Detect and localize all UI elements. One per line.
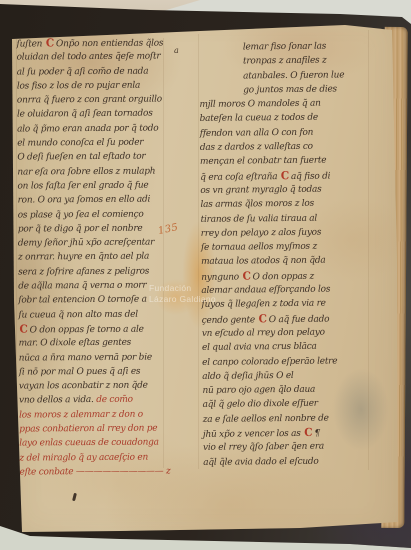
text-line: ron. O ora ya ſomos en ello adi	[18, 193, 168, 208]
text-line: oluidan del todo antes q̃eſe moſtr	[17, 50, 167, 65]
ink-text: ron. O ora ya ſomos en ello adi	[18, 195, 151, 206]
ink-text: demy ſeñor jhū xp̃o acreſçentar	[18, 238, 154, 249]
ink-text: O don oppas ſe torno a ale	[30, 325, 144, 336]
ink-text: das z dardos z valleſtas co	[200, 142, 313, 153]
ink-text: ſuyos q̃ llegaſen z toda via re	[201, 299, 325, 310]
ink-text: mar. O dixole eſtas gentes	[19, 338, 132, 349]
ink-text: Onp̃o non entiendas q̃los	[56, 39, 163, 50]
ink-text: ffendon van alla O con fon	[200, 127, 314, 138]
text-line: z onrrar. huyre en q̃nto ael pla	[18, 250, 168, 265]
text-column-left: ſuſten COnp̃o non entiendas q̃losoluidan…	[16, 35, 169, 479]
pilcrow-mark: C	[45, 36, 56, 51]
ink-text: el canpo colorado eſperāo letre	[202, 356, 337, 367]
text-line: le oluidaron q̃ aſi ſean tornados	[17, 107, 167, 122]
rubric-text: eſte conbate	[19, 467, 75, 477]
pilcrow-mark: C	[280, 168, 291, 183]
text-line: sera z ſofrire afanes z peligros	[18, 264, 168, 279]
text-line: onrra q̃ fuero z con grant orguillo	[17, 93, 167, 108]
ink-text: mjll moros O mandoles q̃ an	[199, 99, 320, 110]
ink-text: atanbales. O fueron lue	[243, 70, 344, 81]
text-line: layo enlas cueuas de couadonga	[19, 436, 169, 451]
text-line: al ſu poder q̃ aſi com̃o de nada	[17, 64, 167, 79]
ink-text: de aq̃lla mana q̃ verna o morr	[18, 281, 146, 292]
ink-text: vn eſcudo al rrey don pelayo	[202, 328, 325, 339]
ink-text: jhū xp̃o z vencer los as	[203, 429, 303, 440]
ink-text: os vn grant myraglo q̃ todas	[200, 185, 321, 196]
rubric-text: —————————— z	[76, 466, 171, 477]
ink-text: bateſen la cueua z todos de	[200, 113, 318, 124]
ink-text: tronpas z anafiles z	[243, 56, 327, 67]
ink-text: ſi nō por mal O pues q̃ aſi es	[19, 367, 141, 378]
rubric-text: de com̃o	[96, 395, 133, 405]
ink-text: ſu cueua q̃ non alto mas del	[18, 309, 137, 320]
text-line: ppas conbatieron al rrey don pe	[19, 421, 169, 436]
pilcrow-mark: C	[258, 311, 269, 326]
ink-text: onrra q̃ fuero z con grant orguillo	[17, 95, 162, 106]
ink-text: nynguno	[201, 272, 241, 282]
ink-text: ſe tornaua aellos myſmos z	[201, 242, 317, 253]
text-line: demy ſeñor jhū xp̃o acreſçentar	[18, 236, 168, 251]
ink-text: mataua los atodos q̃ non q̃da	[201, 256, 325, 267]
text-line: mar. O dixole eſtas gentes	[19, 336, 169, 351]
ink-text: aldo q̃ deſia jhūs O el	[202, 371, 293, 382]
ink-text: ſuſten	[16, 39, 44, 49]
ink-text: nūca a n̄ra mano vernā por bie	[19, 352, 152, 363]
text-line: ſu cueua q̃ non alto mas del	[18, 307, 168, 322]
ink-text: el qual avia vna crus blāca	[202, 342, 317, 353]
ink-text: las armas q̃los moros z los	[200, 199, 314, 210]
ink-text: q̃ era coſa eſtraña	[200, 172, 280, 183]
text-line: nar eſa ora ſobre ellos z mulaph	[17, 164, 167, 179]
ink-text: vno dellos a vida.	[19, 395, 96, 406]
pilcrow-mark: C	[18, 322, 29, 337]
ink-text: sera z ſofrire afanes z peligros	[18, 266, 149, 277]
ink-text: vayan los aconbatir z non q̃de	[19, 381, 148, 392]
manuscript-page: c 1z a 135 ſuſten COnp̃o non entiendas q…	[0, 0, 411, 550]
manuscript-photograph: c 1z a 135 ſuſten COnp̃o non entiendas q…	[0, 0, 411, 550]
text-line: z del miraglo q̃ ay acaeſçio en	[19, 450, 169, 465]
pilcrow-mark: C	[303, 425, 314, 440]
text-line: los fiso z los de ro pujar enla	[17, 78, 167, 93]
ink-text: alemar andaua eſforçando los	[201, 285, 330, 296]
text-line: CO don oppas ſe torno a ale	[18, 321, 168, 336]
text-line: el mundo conoſca el ſu poder	[17, 136, 167, 151]
ink-text: aq̃l q̃ gelo dio dixole eſfuer	[203, 399, 318, 410]
text-line: os plase q̃ yo ſea el comienço	[18, 207, 168, 222]
ink-text: rrey don pelayo z alos ſuyos	[201, 227, 322, 238]
ink-text: nar eſa ora ſobre ellos z mulaph	[17, 166, 155, 177]
text-line: vno dellos a vida. de com̃o	[19, 393, 169, 408]
ink-text: oluidan del todo antes q̃eſe moſtr	[17, 52, 161, 63]
ink-text: le oluidaron q̃ aſi ſean tornados	[17, 109, 153, 120]
ink-text: aq̃ fiso di	[291, 171, 330, 181]
ink-text: nū paro ojo agen q̃lo daua	[202, 385, 315, 396]
ink-text: vio el rrey q̃ſo ſaber q̃en era	[203, 442, 324, 453]
ink-text: tiranos de ſu valia tiraua al	[201, 213, 318, 224]
text-line: aq̃l q̃le avia dado el eſcudo	[203, 454, 373, 470]
text-line: ſobr tal entencion O tornoſe a	[18, 293, 168, 308]
rubric-text: layo enlas cueuas de couadonga	[19, 438, 159, 449]
ink-text: za e ſale aellos enl nonbre de	[203, 413, 329, 424]
pilcrow-mark: C	[241, 269, 252, 284]
ink-text: O don oppas z	[253, 271, 314, 282]
text-line: O deſi fueſen en tal eſtado tor	[17, 150, 167, 165]
rubric-text: los moros z alemmar z don o	[19, 409, 143, 420]
ink-text: on los faſta ſer enl grado q̃ fue	[17, 181, 148, 192]
text-line: de aq̃lla mana q̃ verna o morr	[18, 279, 168, 294]
ink-text: O deſi fueſen en tal eſtado tor	[17, 152, 145, 163]
text-line: los moros z alemmar z don o	[19, 407, 169, 422]
text-column-right: lemar fiso ſonar lastronpas z anafiles z…	[199, 39, 373, 470]
ink-text: el mundo conoſca el ſu poder	[17, 138, 143, 149]
text-line: ſi nō por mal O pues q̃ aſi es	[19, 364, 169, 379]
ink-text: por q̃ te digo q̃ por el nonbre	[18, 224, 143, 235]
rubric-text: ppas conbatieron al rrey don pe	[19, 424, 157, 435]
ink-text: lemar fiso ſonar las	[243, 42, 326, 53]
text-line: on los faſta ſer enl grado q̃ fue	[17, 178, 167, 193]
text-line: nūca a n̄ra mano vernā por bie	[19, 350, 169, 365]
ink-text: z onrrar. huyre en q̃nto ael pla	[18, 252, 149, 263]
ink-text: go juntos mas de dies	[243, 84, 337, 95]
watermark-line: Fundación	[149, 283, 216, 294]
ink-text: ſobr tal entencion O tornoſe a	[18, 295, 147, 306]
ink-text: O aq̃ fue dado	[269, 314, 330, 325]
rubric-text: z del miraglo q̃ ay acaeſçio en	[19, 452, 148, 463]
text-line: vayan los aconbatir z non q̃de	[19, 379, 169, 394]
text-line: eſte conbate —————————— z	[19, 464, 169, 479]
ink-text: çendo gente	[202, 315, 258, 326]
text-line: por q̃ te digo q̃ por el nonbre	[18, 221, 168, 236]
library-watermark: Fundación Lázaro Galdiano	[149, 283, 216, 305]
ink-text: al ſu poder q̃ aſi com̃o de nada	[17, 66, 149, 77]
ink-text: ¶	[314, 429, 320, 439]
ink-text: os plase q̃ yo ſea el comienço	[18, 209, 144, 220]
ink-blot	[72, 493, 77, 501]
text-line: atanbales. O fueron lue	[199, 68, 369, 84]
ink-text: los fiso z los de ro pujar enla	[17, 81, 140, 92]
ink-text: mençan el conbatr tan fuerte	[200, 156, 326, 167]
watermark-line: Lázaro Galdiano	[149, 294, 216, 305]
ink-text: aq̃l q̃le avia dado el eſcudo	[203, 456, 319, 467]
column-signature-mark: a	[174, 46, 179, 55]
ink-text: alo q̃ p̃mo eran anada por q̃ todo	[17, 123, 158, 134]
text-line: alo q̃ p̃mo eran anada por q̃ todo	[17, 121, 167, 136]
